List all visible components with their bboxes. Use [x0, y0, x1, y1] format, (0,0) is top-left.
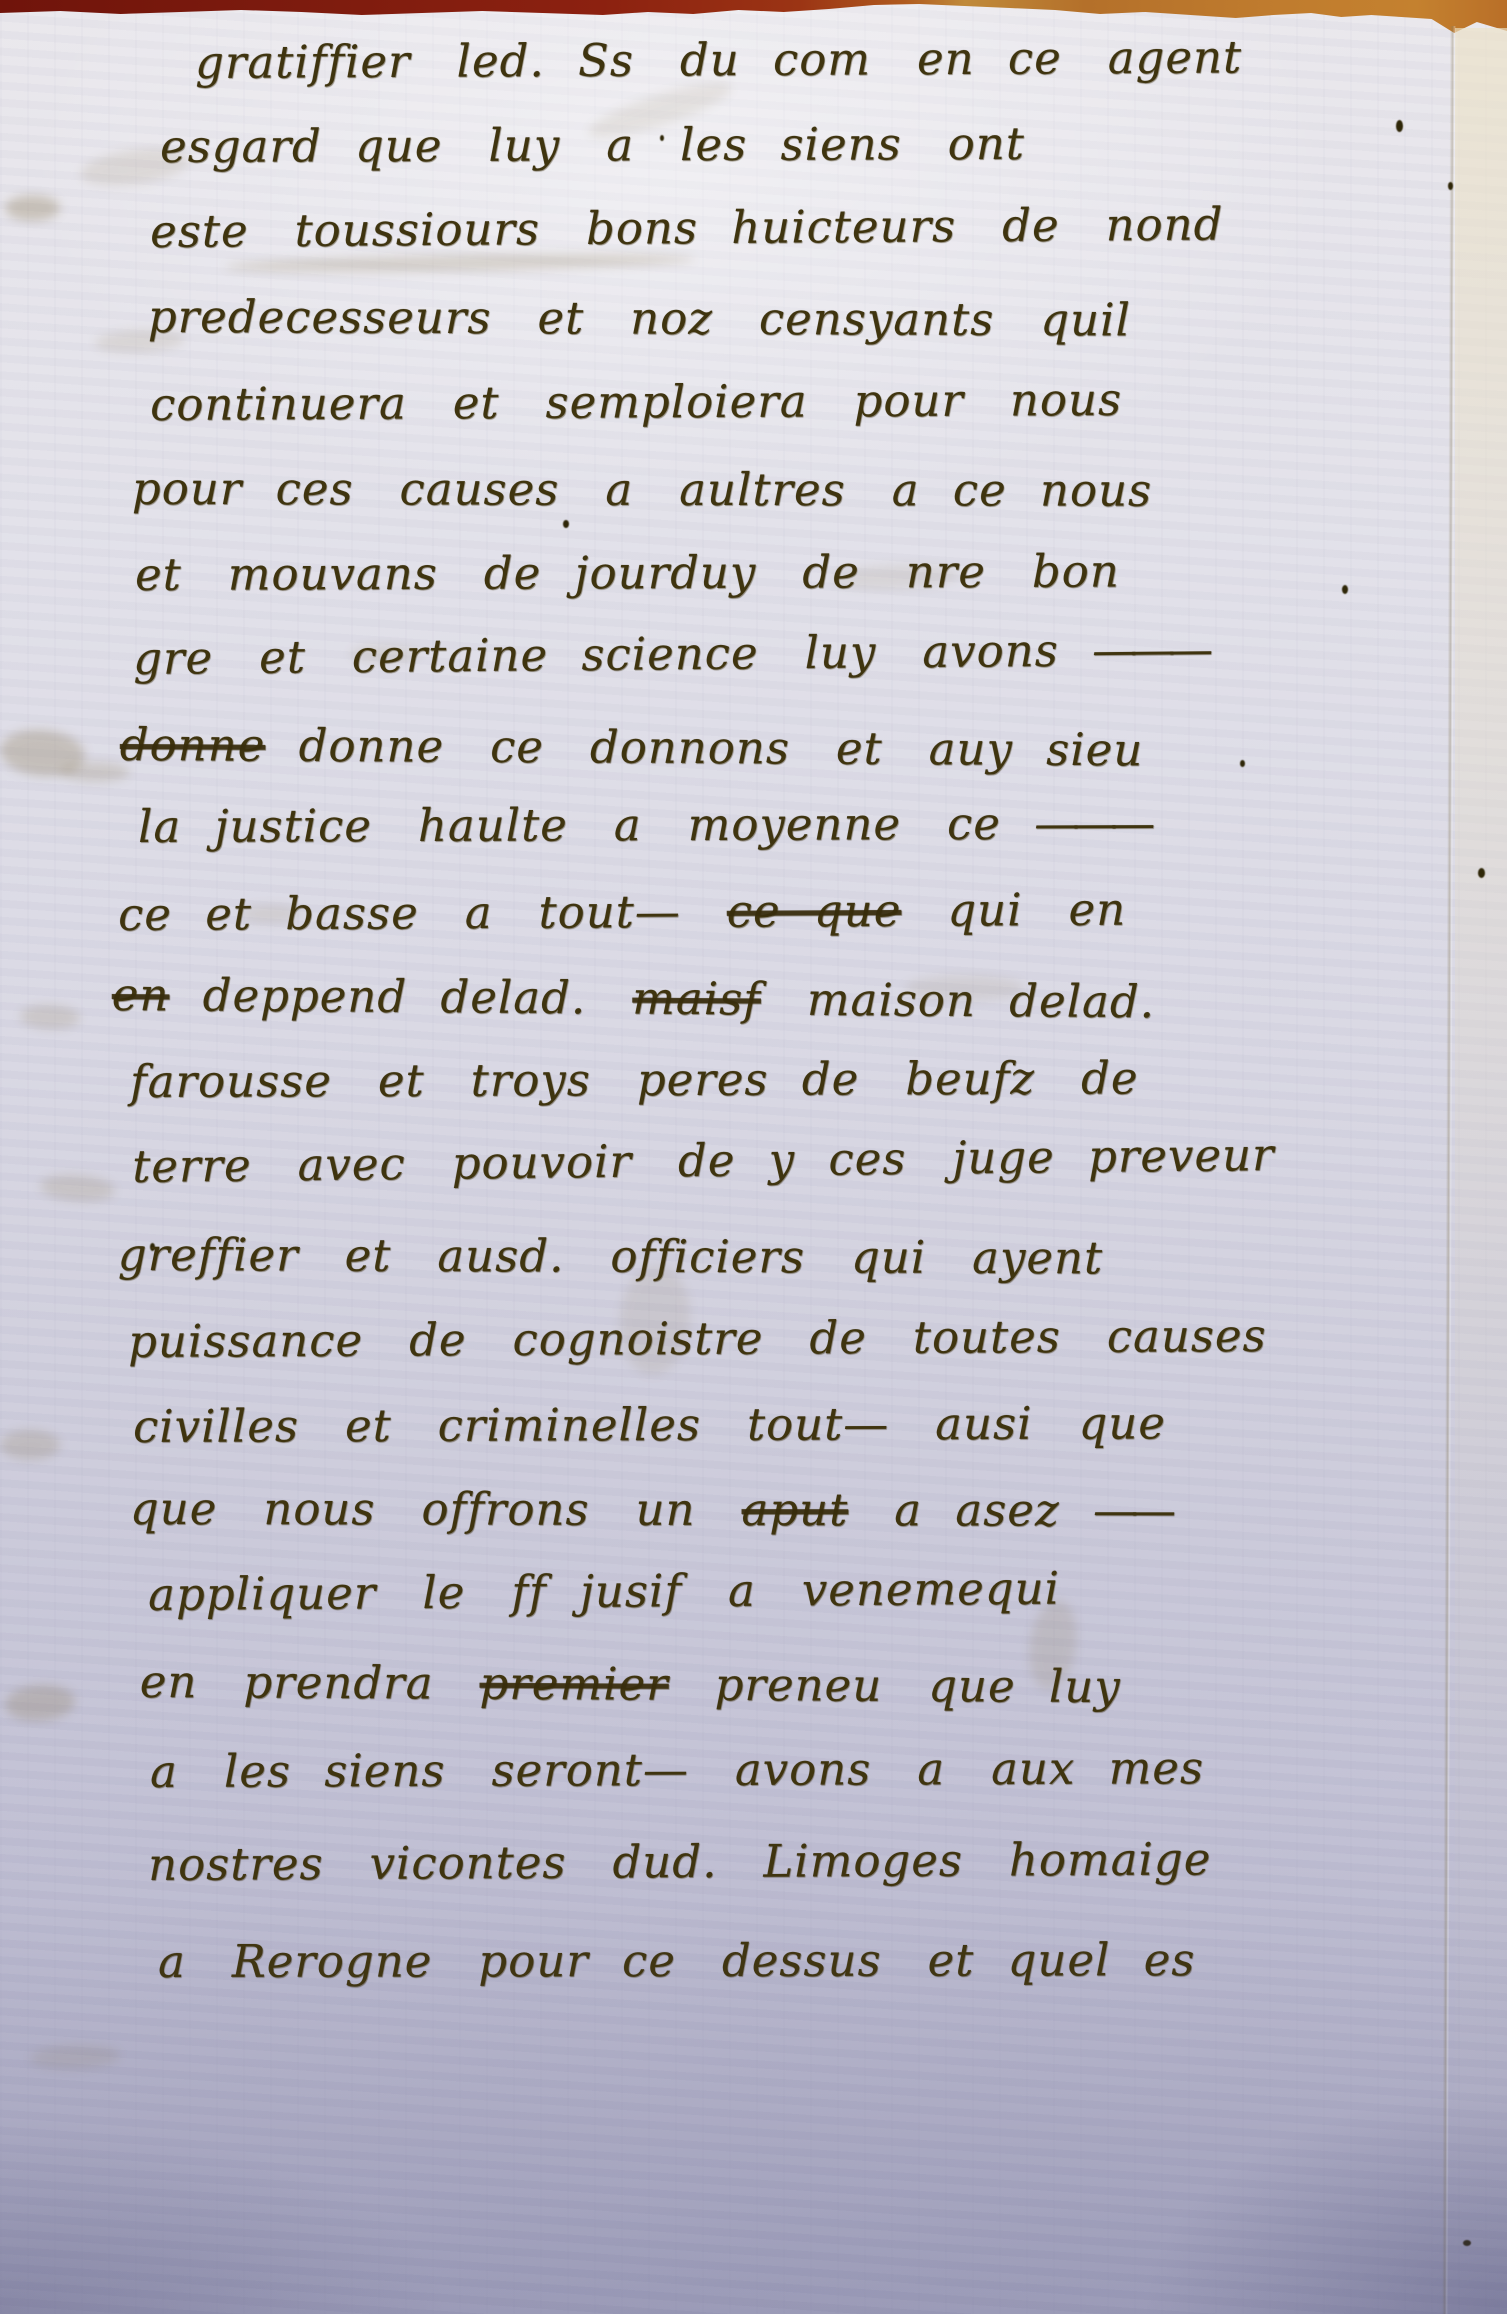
manuscript-line: predecesseurs et noz censyants quil	[148, 290, 1131, 346]
fold-crease	[1442, 26, 1456, 2314]
ink-speck	[1463, 2240, 1471, 2246]
manuscript-line: este toussiours bons huicteurs de nond	[150, 198, 1224, 258]
struck-word: maisf	[632, 972, 761, 1026]
handwritten-text: terre avec pouvoir de y ces juge preveur	[132, 1128, 1275, 1193]
manuscript-line: appliquer le ff jusif a venemequi	[148, 1562, 1060, 1621]
manuscript-line: en deppend delad. maisf maison delad.	[112, 968, 1156, 1028]
handwritten-text: farousse et troys peres de beufz de	[130, 1051, 1139, 1108]
handwritten-text: ce et basse a tout—	[118, 885, 727, 941]
bleedthrough-smudge	[5, 195, 60, 221]
handwritten-text: donne ce donnons et auy sieu	[265, 719, 1143, 777]
bleedthrough-smudge	[39, 1172, 116, 1203]
handwritten-text: gre et certaine science luy avons	[133, 624, 1092, 685]
ink-speck	[1478, 868, 1485, 878]
handwritten-text: pour ces causes a aultres a ce nous	[132, 462, 1152, 517]
manuscript-line: la justice haulte a moyenne ce ———	[138, 796, 1148, 853]
adjacent-page-edge	[1455, 28, 1507, 2314]
handwritten-text: greffier et ausd. officiers qui ayent	[118, 1228, 1103, 1284]
manuscript-line: continuera et semploiera pour nous	[150, 373, 1122, 431]
ink-speck	[1396, 120, 1403, 132]
ink-speck	[1240, 760, 1245, 767]
struck-word: en	[112, 968, 170, 1021]
manuscript-line: que nous offrons un aput a asez ——	[130, 1482, 1169, 1537]
manuscript-line: a Rerogne pour ce dessus et quel es	[158, 1933, 1196, 1988]
handwritten-text: deppend delad.	[169, 968, 632, 1024]
struck-word: donne	[120, 718, 266, 772]
bleedthrough-smudge	[30, 2043, 121, 2070]
handwritten-text: a asez	[848, 1483, 1093, 1536]
handwritten-text: civilles et criminelles tout— ausi que	[133, 1396, 1166, 1453]
manuscript-line: gratiffier led. Ss du com en ce agent	[195, 31, 1242, 89]
manuscript-line: farousse et troys peres de beufz de	[130, 1051, 1139, 1108]
bleedthrough-smudge	[4, 1683, 76, 1724]
ink-flourish: ———	[1092, 623, 1206, 677]
manuscript-line: nostres vicontes dud. Limoges homaige	[148, 1832, 1212, 1891]
handwritten-text: et mouvans de jourduy de nre bon	[135, 545, 1120, 601]
manuscript-line: civilles et criminelles tout— ausi que	[133, 1396, 1166, 1453]
handwritten-text: que nous offrons un	[130, 1482, 742, 1536]
manuscript-line: a les siens seront— avons a aux mes	[150, 1741, 1204, 1798]
ink-speck	[1342, 585, 1348, 594]
handwritten-text: maison delad.	[761, 973, 1156, 1029]
manuscript-line: greffier et ausd. officiers qui ayent	[118, 1228, 1103, 1284]
handwritten-text: puissance de cognoistre de toutes causes	[128, 1309, 1267, 1368]
bleedthrough-smudge	[0, 1430, 60, 1460]
manuscript-line: esgard que luy a les siens ont	[160, 117, 1025, 173]
manuscript-line: gre et certaine science luy avons ———	[133, 623, 1206, 685]
manuscript-photo: gratiffier led. Ss du com en ce agentesg…	[0, 0, 1507, 2314]
handwritten-text: nostres vicontes dud. Limoges homaige	[148, 1832, 1212, 1891]
manuscript-line: ce et basse a tout— ce que qui en	[118, 883, 1126, 941]
handwritten-text: preneu que luy	[669, 1658, 1121, 1713]
ink-flourish: ———	[1034, 796, 1148, 849]
handwritten-text: en prendra	[140, 1655, 480, 1710]
struck-word: aput	[742, 1483, 849, 1536]
ink-speck	[563, 520, 569, 528]
manuscript-line: et mouvans de jourduy de nre bon	[135, 545, 1120, 601]
handwritten-text: gratiffier led. Ss du com en ce agent	[195, 31, 1242, 89]
handwritten-text: qui en	[901, 883, 1126, 937]
handwritten-text: esgard que luy a les siens ont	[160, 117, 1025, 173]
handwritten-text: predecesseurs et noz censyants quil	[148, 290, 1131, 346]
manuscript-line: puissance de cognoistre de toutes causes	[128, 1309, 1267, 1368]
handwritten-text: appliquer le ff jusif a venemequi	[148, 1562, 1060, 1621]
manuscript-line: donne donne ce donnons et auy sieu	[120, 718, 1144, 776]
handwritten-text: la justice haulte a moyenne ce	[138, 797, 1034, 853]
handwritten-text: a les siens seront— avons a aux mes	[150, 1741, 1204, 1798]
struck-word: ce que	[727, 884, 902, 938]
handwritten-text: a Rerogne pour ce dessus et quel es	[158, 1933, 1196, 1988]
struck-word: premier	[479, 1657, 668, 1711]
handwritten-text: continuera et semploiera pour nous	[150, 373, 1122, 431]
ink-flourish: ——	[1093, 1484, 1169, 1537]
manuscript-line: pour ces causes a aultres a ce nous	[132, 462, 1152, 517]
manuscript-line: en prendra premier preneu que luy	[140, 1655, 1121, 1713]
manuscript-line: terre avec pouvoir de y ces juge preveur	[132, 1128, 1275, 1193]
ink-speck	[1448, 182, 1453, 190]
bleedthrough-smudge	[20, 1004, 81, 1030]
handwritten-text: este toussiours bons huicteurs de nond	[150, 198, 1224, 258]
